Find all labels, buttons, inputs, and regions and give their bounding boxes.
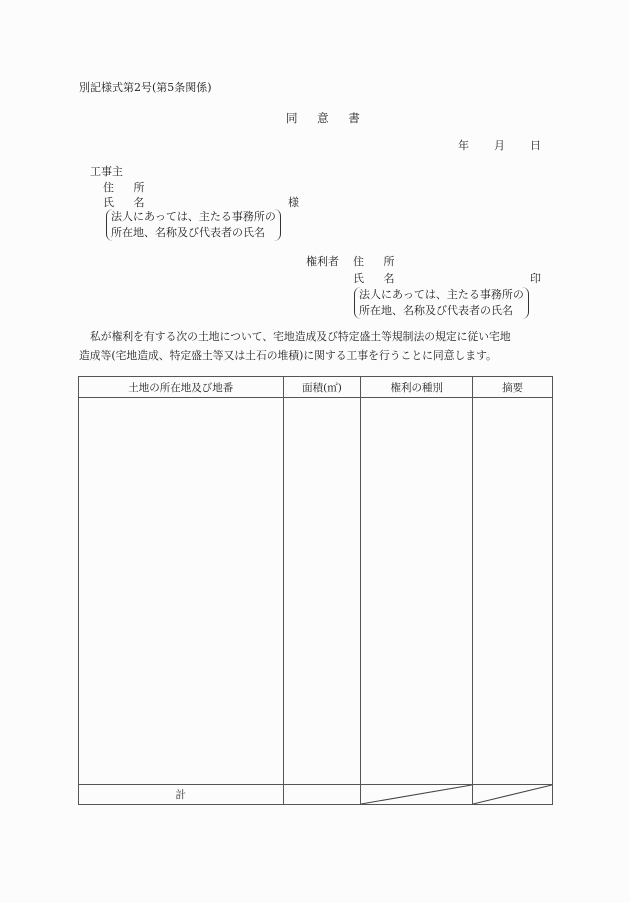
header-remarks: 摘要 — [473, 377, 553, 398]
builder-address-label: 住 所 — [103, 181, 153, 195]
rights-holder-heading: 権利者 — [306, 255, 339, 269]
table-row — [79, 398, 553, 785]
diagonal-line-icon — [473, 785, 552, 804]
rights-holder-note-line2: 所在地、名称及び代表者の氏名 — [359, 303, 524, 319]
consent-text-line2: 造成等(宅地造成、特定盛土等又は土石の堆積)に関する工事を行うことに同意します。 — [79, 349, 497, 363]
rights-holder-address-label: 住 所 — [353, 255, 403, 269]
builder-name-label: 氏 名 — [103, 196, 153, 210]
date-month: 月 — [494, 139, 505, 153]
diagonal-line-icon — [361, 785, 472, 804]
header-area: 面積(㎡) — [283, 377, 361, 398]
total-row: 計 — [79, 785, 553, 805]
builder-heading: 工事主 — [90, 165, 123, 179]
cell-remarks[interactable] — [473, 398, 553, 785]
cell-right-type[interactable] — [361, 398, 473, 785]
cell-area[interactable] — [283, 398, 361, 785]
builder-corporate-note: 法人にあっては、主たる事務所の 所在地、名称及び代表者の氏名 — [106, 209, 281, 241]
date-day: 日 — [530, 139, 541, 153]
rights-holder-note-line1: 法人にあっては、主たる事務所の — [359, 287, 524, 303]
land-table: 土地の所在地及び地番 面積(㎡) 権利の種別 摘要 計 — [78, 376, 553, 805]
consent-text-line1: 私が権利を有する次の土地について、宅地造成及び特定盛土等規制法の規定に従い宅地 — [90, 330, 511, 344]
builder-note-line2: 所在地、名称及び代表者の氏名 — [111, 225, 276, 241]
total-area[interactable] — [283, 785, 361, 805]
rights-holder-name-label: 氏 名 — [353, 272, 403, 286]
date-year: 年 — [458, 139, 469, 153]
rights-holder-corporate-note: 法人にあっては、主たる事務所の 所在地、名称及び代表者の氏名 — [354, 287, 529, 319]
document-title: 同 意 書 — [286, 111, 368, 125]
builder-honorific: 様 — [288, 196, 299, 210]
form-number: 別記様式第2号(第5条関係) — [79, 81, 212, 95]
header-right-type: 権利の種別 — [361, 377, 473, 398]
builder-note-line1: 法人にあっては、主たる事務所の — [111, 209, 276, 225]
total-remarks-crossed — [473, 785, 553, 805]
seal-mark: 印 — [530, 272, 541, 286]
header-location: 土地の所在地及び地番 — [79, 377, 284, 398]
cell-location[interactable] — [79, 398, 284, 785]
total-label: 計 — [79, 785, 284, 805]
total-right-type-crossed — [361, 785, 473, 805]
table-header-row: 土地の所在地及び地番 面積(㎡) 権利の種別 摘要 — [79, 377, 553, 398]
